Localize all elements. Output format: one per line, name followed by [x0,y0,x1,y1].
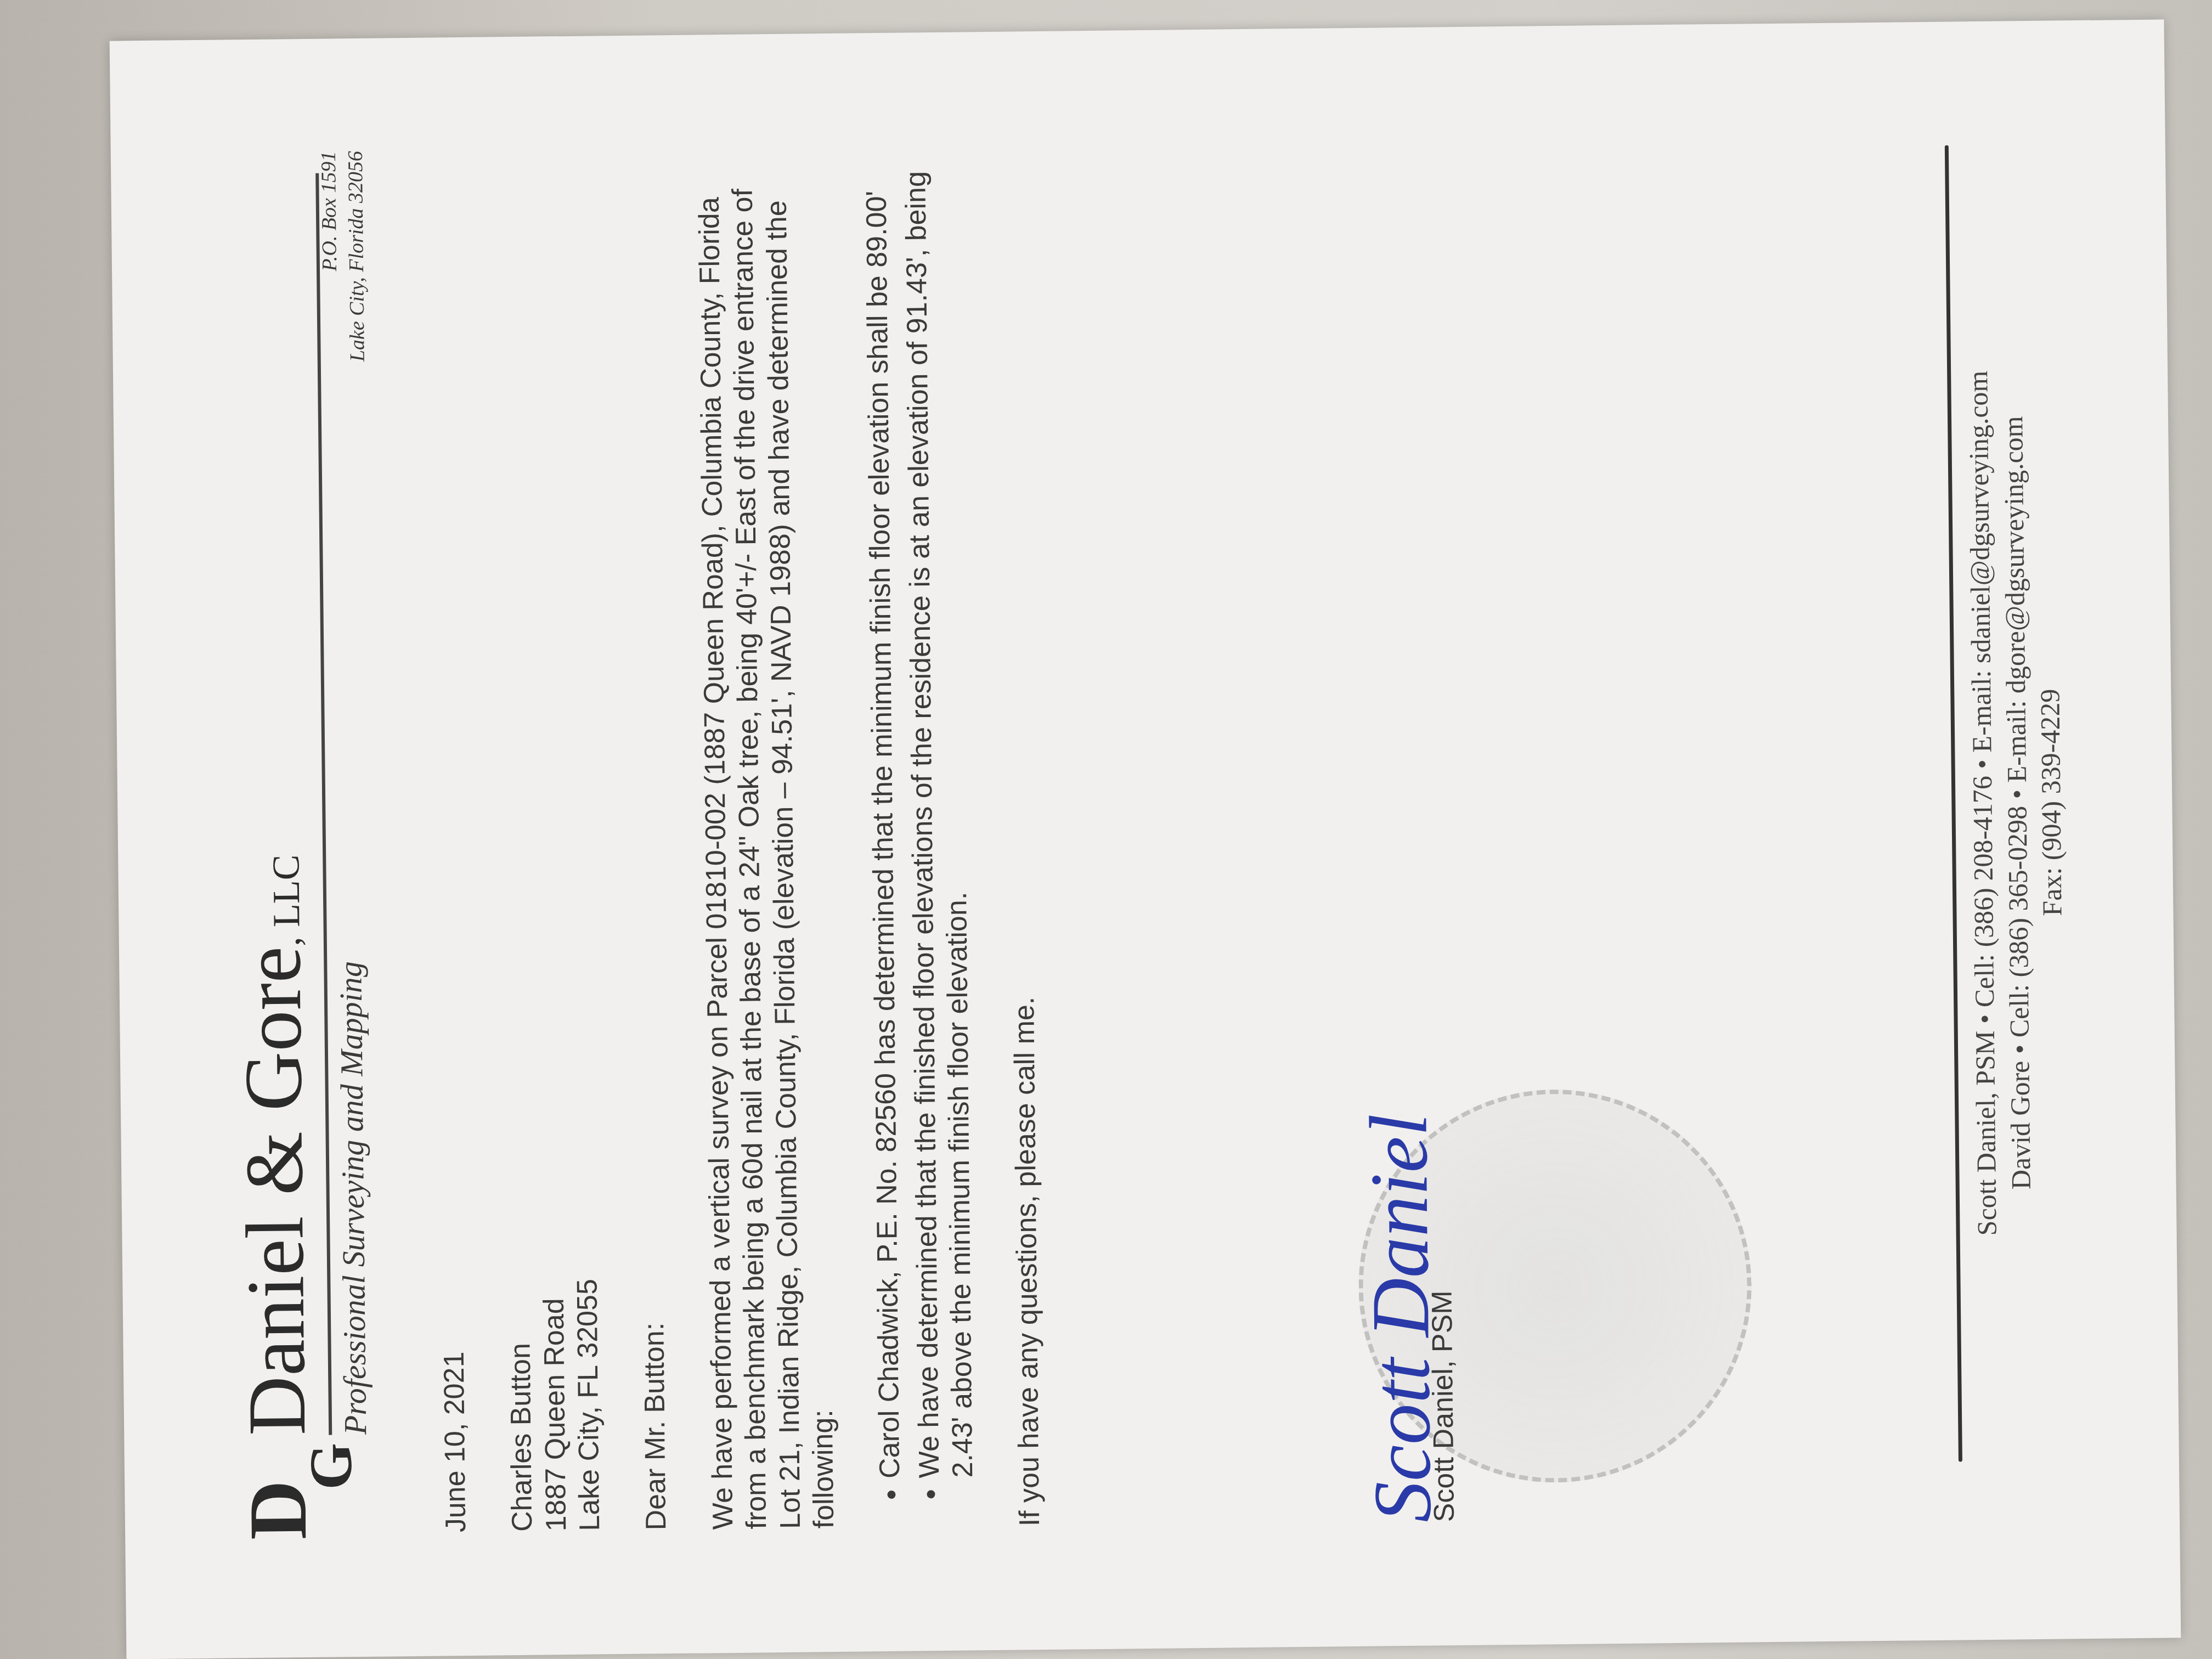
footer-rule [1944,145,1962,1462]
recipient-address: Charles Button 1887 Queen Road Lake City… [492,159,607,1532]
footer-contact: Scott Daniel, PSM • Cell: (386) 208-4176… [1958,144,2075,1462]
letter-body: June 10, 2021 Charles Button 1887 Queen … [425,154,1080,1532]
po-city: Lake City, Florida 32056 [342,151,371,362]
salutation: Dear Mr. Button: [625,159,674,1531]
closing-line: If you have any questions, please call m… [999,155,1047,1527]
company-logo: D G [230,1480,325,1540]
recipient-city: Lake City, FL 32055 [571,1279,606,1531]
logo-letter-g: G [296,1442,366,1490]
signature-block: Scott Daniel Scott Daniel, PSM [1351,1113,1461,1523]
letter-paper: D G Daniel & Gore, LLC Professional Surv… [110,19,2181,1659]
po-address: P.O. Box 1591 Lake City, Florida 32056 [315,151,371,362]
tagline: Professional Surveying and Mapping [332,961,374,1435]
po-box: P.O. Box 1591 [315,151,344,362]
body-paragraph: We have performed a vertical survey on P… [692,157,841,1530]
recipient-name: Charles Button [504,1343,538,1532]
firm-name: Daniel & Gore, LLC [224,854,324,1436]
firm-name-text: Daniel & Gore [226,946,322,1436]
finding-item: Carol Chadwick, P.E. No. 82560 has deter… [860,156,907,1479]
letter-content: D G Daniel & Gore, LLC Professional Surv… [150,61,2141,1618]
letter-date: June 10, 2021 [425,161,473,1533]
finding-item: We have determined that the finished flo… [899,155,980,1478]
recipient-street: 1887 Queen Road [538,1298,572,1532]
firm-suffix: , LLC [265,854,308,946]
findings-list: Carol Chadwick, P.E. No. 82560 has deter… [860,155,980,1528]
